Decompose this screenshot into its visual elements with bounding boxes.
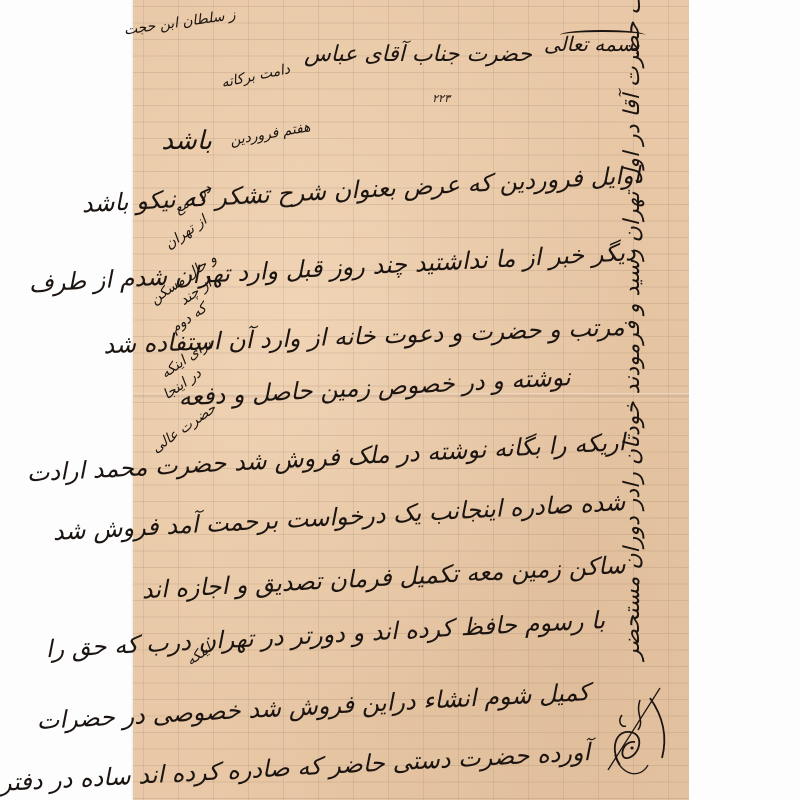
header-ending-word: باشد [161,128,212,154]
signature-flourish [600,670,680,780]
reference-number: ۲۲۳ [432,93,450,104]
salutation: حضرت جناب آقای عباس [304,44,532,66]
right-margin-vertical-text: از طرف حضرت آقا در اول تهران رسید و فرمو… [620,0,645,660]
